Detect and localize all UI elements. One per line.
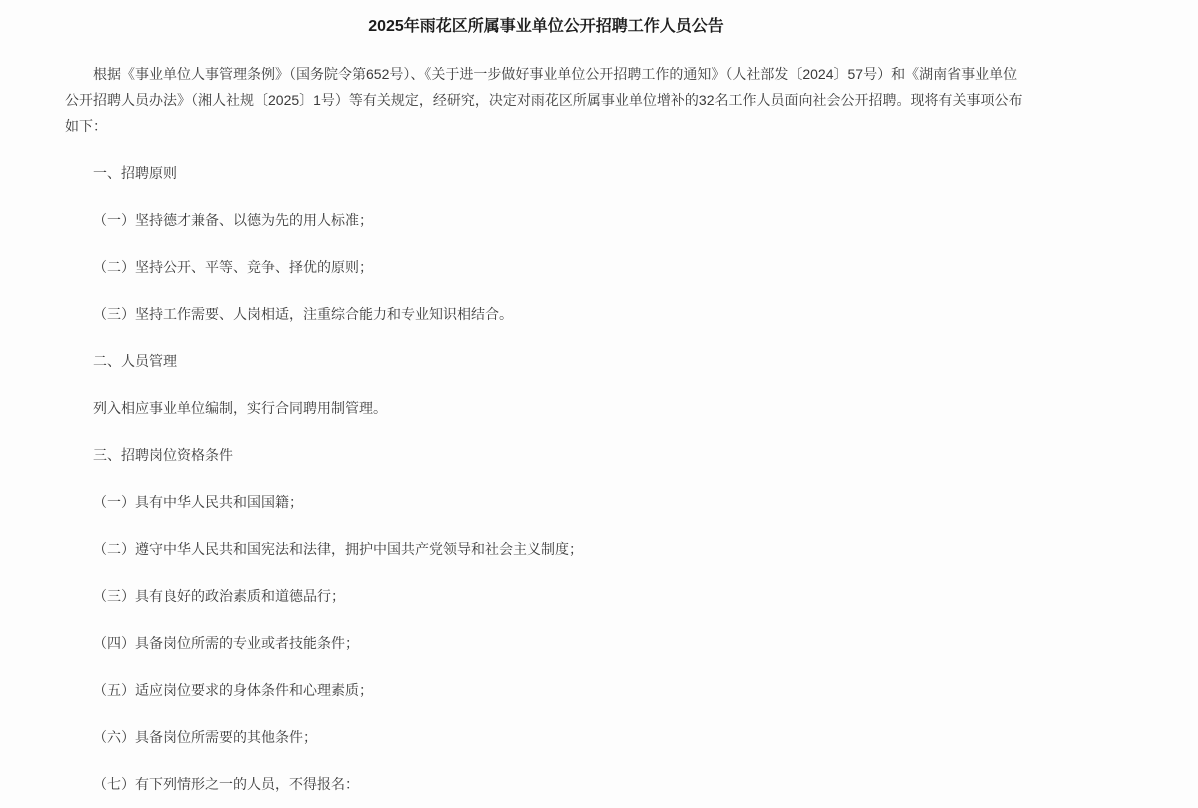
paragraph-heading: 二、人员管理 [65,348,1027,374]
paragraph-item: （五）适应岗位要求的身体条件和心理素质； [65,677,1027,703]
paragraph-item: （七）有下列情形之一的人员，不得报名： [65,771,1027,797]
paragraph-heading: 一、招聘原则 [65,160,1027,186]
document-title: 2025年雨花区所属事业单位公开招聘工作人员公告 [65,13,1027,41]
paragraph-item: （一）具有中华人民共和国国籍； [65,489,1027,515]
paragraph-item: （三）具有良好的政治素质和道德品行； [65,583,1027,609]
document-body: 根据《事业单位人事管理条例》（国务院令第652号）、《关于进一步做好事业单位公开… [65,61,1027,797]
paragraph-item: （二）遵守中华人民共和国宪法和法律，拥护中国共产党领导和社会主义制度； [65,536,1027,562]
paragraph-item: （六）具备岗位所需要的其他条件； [65,724,1027,750]
paragraph-body: 列入相应事业单位编制，实行合同聘用制管理。 [65,395,1027,421]
paragraph-item: （三）坚持工作需要、人岗相适，注重综合能力和专业知识相结合。 [65,301,1027,327]
paragraph-intro: 根据《事业单位人事管理条例》（国务院令第652号）、《关于进一步做好事业单位公开… [65,61,1027,139]
announcement-document: 2025年雨花区所属事业单位公开招聘工作人员公告 根据《事业单位人事管理条例》（… [0,0,1027,797]
paragraph-heading: 三、招聘岗位资格条件 [65,442,1027,468]
paragraph-item: （四）具备岗位所需的专业或者技能条件； [65,630,1027,656]
paragraph-item: （一）坚持德才兼备、以德为先的用人标准； [65,207,1027,233]
paragraph-item: （二）坚持公开、平等、竞争、择优的原则； [65,254,1027,280]
